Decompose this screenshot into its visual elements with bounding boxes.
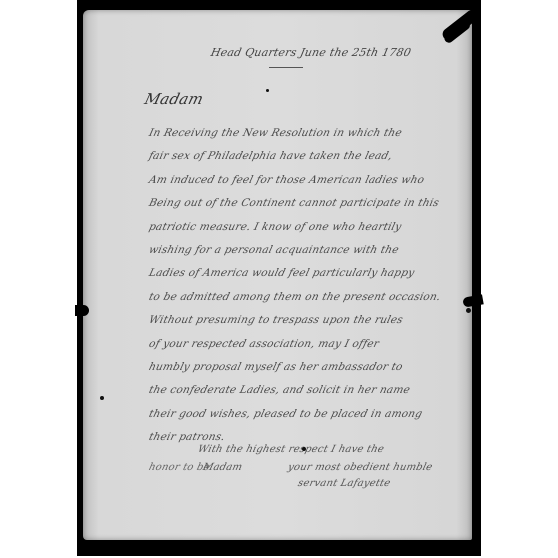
letter-dateline: Head Quarters June the 25th 1780	[210, 46, 413, 59]
body-line: to be admitted among them on the present…	[146, 286, 452, 309]
body-line: the confederate Ladies, and solicit in h…	[146, 379, 452, 402]
body-line: Without presuming to trespass upon the r…	[146, 309, 452, 332]
letter-body: In Receiving the New Resolution in which…	[146, 122, 446, 449]
body-line: fair sex of Philadelphia have taken the …	[146, 145, 452, 168]
body-line: Ladies of America would feel particularl…	[146, 262, 452, 285]
closing-line-2b: Madam	[202, 462, 244, 473]
body-line: Am induced to feel for those American la…	[146, 169, 452, 192]
blemish-dot	[302, 447, 306, 451]
body-line: of your respected association, may I off…	[146, 333, 452, 356]
letter-page: Head Quarters June the 25th 1780 Madam I…	[83, 10, 472, 540]
body-line: Being out of the Continent cannot partic…	[146, 192, 452, 215]
body-line: patriotic measure. I know of one who hea…	[146, 216, 452, 239]
plate-tab-right	[462, 294, 483, 307]
blemish-dot	[266, 89, 269, 92]
letter-salutation: Madam	[143, 90, 206, 108]
blemish-dot	[100, 396, 104, 400]
closing-line-3: your most obedient humble	[287, 462, 434, 473]
closing-line-1: With the highest respect I have the	[197, 444, 386, 455]
body-line: wishing for a personal acquaintance with…	[146, 239, 452, 262]
letter-content: Head Quarters June the 25th 1780 Madam I…	[83, 10, 472, 540]
plate-tab-left	[75, 305, 89, 316]
body-line: humbly proposal myself as her ambassador…	[146, 356, 452, 379]
body-line: In Receiving the New Resolution in which…	[146, 122, 452, 145]
blemish-dot	[466, 308, 471, 313]
signature: servant Lafayette	[297, 478, 392, 489]
dateline-underline	[269, 67, 303, 68]
negative-frame: Head Quarters June the 25th 1780 Madam I…	[77, 0, 481, 556]
body-line: their good wishes, pleased to be placed …	[146, 403, 452, 426]
